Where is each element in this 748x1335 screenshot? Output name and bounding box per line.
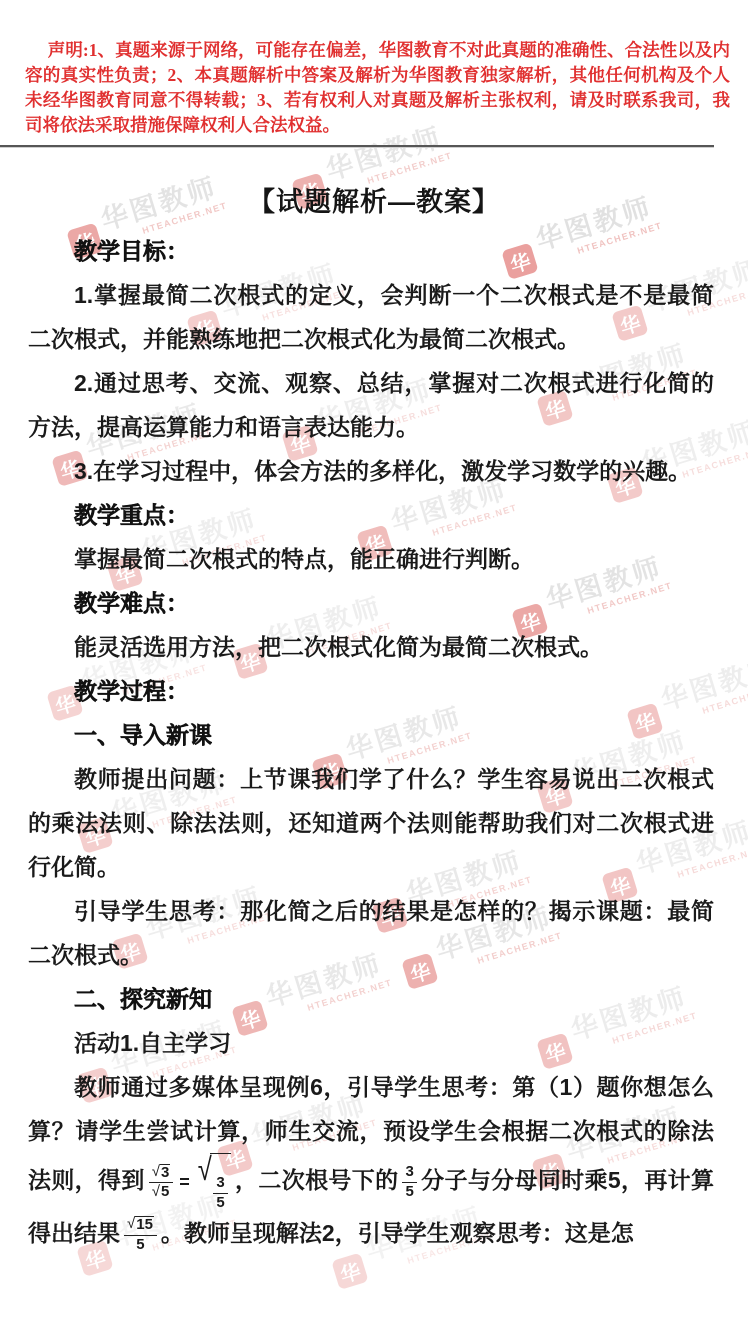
radical-sign: √ [152, 1183, 160, 1200]
equals-sign: = [179, 1172, 190, 1192]
paragraph: 3.在学习过程中，体会方法的多样化，激发学习数学的兴趣。 [28, 449, 714, 493]
paragraph: 教师提出问题：上节课我们学了什么？学生容易说出二次根式的乘法法则、除法法则，还知… [28, 757, 714, 889]
paragraph: 1.掌握最简二次根式的定义，会判断一个二次根式是不是最简二次根式，并能熟练地把二… [28, 273, 714, 361]
section-heading: 教学难点： [28, 581, 714, 625]
paragraph: 教师通过多媒体呈现例6，引导学生思考：第（1）题你想怎么算？请学生尝试计算，师生… [28, 1065, 714, 1255]
radical-sign: √ [152, 1164, 160, 1181]
huatu-logo-icon: 华 [331, 1253, 368, 1290]
sqrt-fraction-formula: √35 [196, 1153, 231, 1211]
fraction-formula: √155 [124, 1216, 157, 1253]
section-heading: 教学过程： [28, 669, 714, 713]
paragraph: 2.通过思考、交流、观察、总结，掌握对二次根式进行化简的方法，提高运算能力和语言… [28, 361, 714, 449]
radicand: 35 [210, 1153, 230, 1211]
fraction-formula: 35 [213, 1175, 227, 1211]
fraction-formula: 35 [402, 1164, 416, 1200]
fraction-numerator: 3 [402, 1164, 416, 1183]
fraction-numerator: 3 [213, 1175, 227, 1194]
disclaimer: 声明:1、真题来源于网络，可能存在偏差，华图教育不对此真题的准确性、合法性以及内… [0, 0, 748, 138]
section-heading: 二、探究新知 [28, 977, 714, 1021]
radicand: 5 [160, 1182, 170, 1200]
document-page: 华华图教师HTEACHER.NET华华图教师HTEACHER.NET华华图教师H… [0, 0, 748, 1335]
fraction-denominator: 5 [216, 1194, 224, 1212]
radical-sign: √ [198, 1153, 212, 1185]
paragraph: 活动1.自主学习 [28, 1021, 714, 1065]
paragraph: 掌握最简二次根式的特点，能正确进行判断。 [28, 537, 714, 581]
radical-sign: √ [127, 1216, 135, 1233]
fraction-denominator: √5 [152, 1183, 171, 1201]
fraction-numerator: √3 [149, 1164, 174, 1184]
section-heading: 教学重点： [28, 493, 714, 537]
radicand: 15 [135, 1216, 154, 1234]
radicand: 3 [160, 1164, 170, 1182]
fraction-numerator: √15 [124, 1216, 157, 1236]
disclaimer-text: 1、真题来源于网络，可能存在偏差，华图教育不对此真题的准确性、合法性以及内容的真… [25, 40, 730, 135]
page-title: 【试题解析—教案】 [0, 180, 748, 219]
fraction-denominator: 5 [136, 1236, 144, 1254]
fraction-formula: √3√5 [149, 1164, 174, 1201]
document-content: 声明:1、真题来源于网络，可能存在偏差，华图教育不对此真题的准确性、合法性以及内… [0, 0, 748, 1255]
paragraphs: 教学目标：1.掌握最简二次根式的定义，会判断一个二次根式是不是最简二次根式，并能… [0, 219, 748, 1255]
section-heading: 教学目标： [28, 229, 714, 273]
fraction-denominator: 5 [405, 1183, 413, 1201]
paragraph: 引导学生思考：那化简之后的结果是怎样的？揭示课题：最简二次根式。 [28, 889, 714, 977]
section-divider [0, 145, 714, 148]
disclaimer-label: 声明: [48, 40, 89, 60]
paragraph: 能灵活选用方法，把二次根式化简为最简二次根式。 [28, 625, 714, 669]
section-heading: 一、导入新课 [28, 713, 714, 757]
